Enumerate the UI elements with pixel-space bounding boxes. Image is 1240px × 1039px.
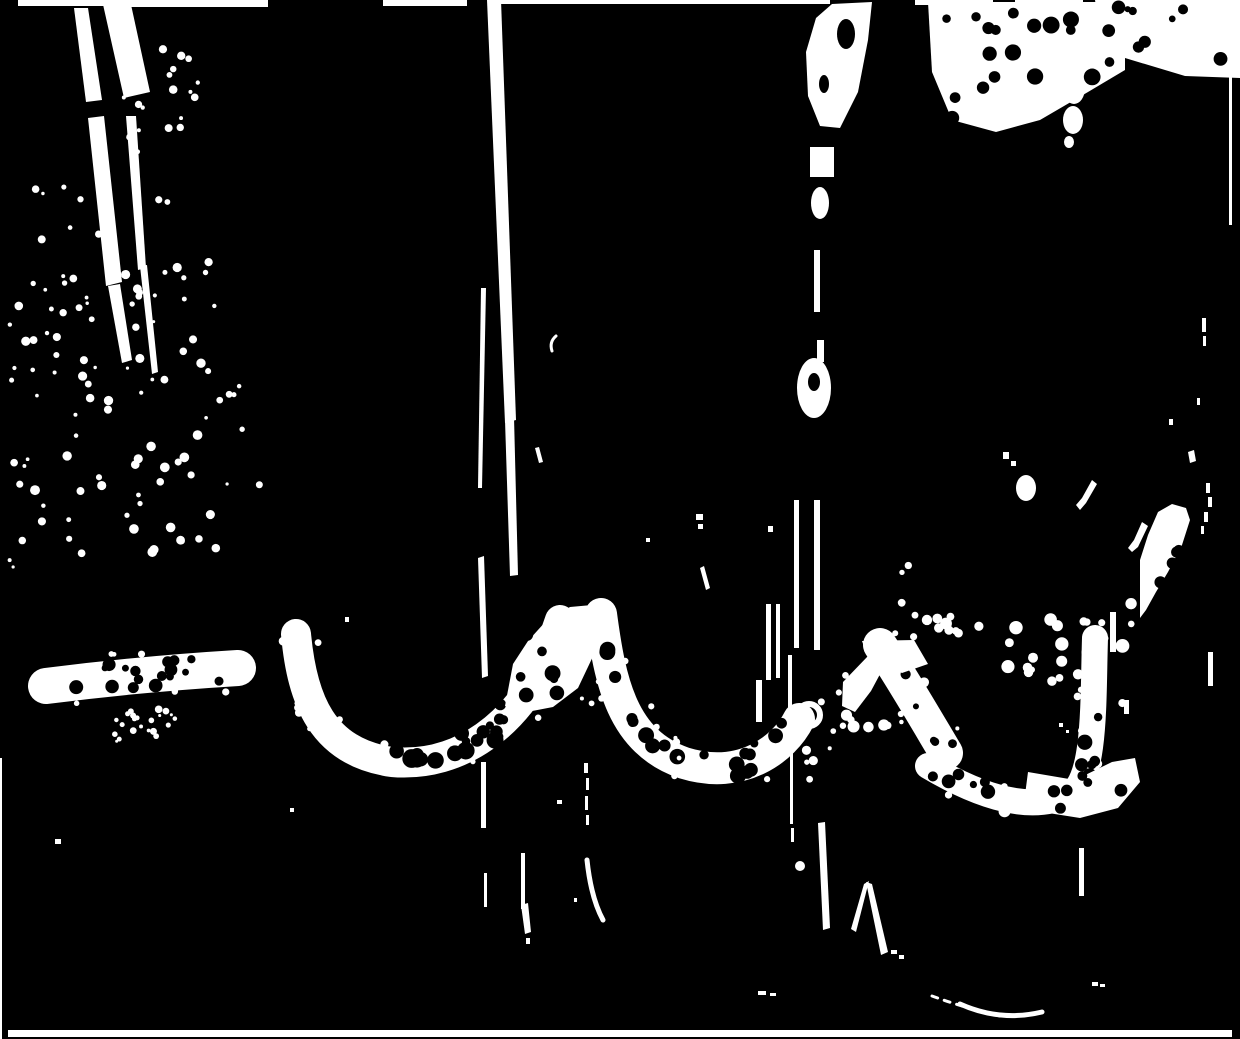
drip-line (788, 655, 792, 747)
reflection-tail-dot (1064, 136, 1074, 148)
bubble-dot (1059, 723, 1063, 727)
glass-highlight-block (810, 147, 834, 177)
right-edge-dot (1169, 419, 1173, 425)
top-edge-highlight (1015, 0, 1083, 5)
bubble-dot (1066, 730, 1069, 733)
stray-dot (290, 808, 294, 812)
glass-edge-line (766, 604, 771, 680)
glass-rim-dash (1204, 512, 1208, 522)
drip-dot (899, 955, 904, 959)
drip-dot (574, 898, 577, 902)
top-edge-highlight (18, 0, 114, 6)
right-edge-dash (1197, 398, 1200, 405)
drip-dot (557, 800, 562, 804)
bottom-dash (1092, 982, 1098, 986)
bubble-dot (345, 617, 349, 622)
glass-edge-line (814, 500, 820, 650)
reflection-tail-blob (1063, 72, 1085, 104)
drip-dash (586, 778, 589, 790)
bubble-speck (1011, 461, 1016, 466)
bottom-dash (758, 991, 766, 995)
bottom-dash (1100, 984, 1105, 987)
glass-rim-dash (1208, 497, 1212, 507)
binarized-photo-figure (0, 0, 1240, 1039)
photo-canvas (0, 0, 1240, 1039)
top-edge-highlight (128, 0, 268, 7)
glass-edge-dash (756, 680, 762, 722)
bubble-cluster-hole (808, 373, 820, 391)
mid-speck (696, 514, 703, 520)
reflection-tail-blob (1063, 106, 1083, 134)
right-edge-line (1229, 33, 1232, 225)
right-area-dash (1124, 700, 1129, 714)
stray-dot (55, 839, 61, 844)
stray-dot (366, 760, 370, 764)
glass-rim-dash (1206, 483, 1210, 493)
right-edge-dash (1208, 652, 1213, 686)
glass-rim-dash (1201, 526, 1204, 534)
drip-line (484, 873, 487, 907)
glass-edge-line (776, 604, 780, 678)
bottom-dash (770, 993, 776, 996)
right-area-dash (1110, 612, 1116, 652)
mid-speck (646, 538, 650, 542)
left-edge-highlight (0, 758, 2, 1039)
highlight-hole (819, 75, 829, 93)
drip-dot (891, 950, 897, 954)
drip-dot (795, 861, 805, 871)
drip-dot (526, 938, 530, 944)
drip-dash (585, 796, 588, 810)
glass-highlight-dash (817, 340, 824, 362)
mid-speck (768, 526, 773, 532)
background (0, 0, 1240, 1039)
right-edge-dash (1202, 318, 1206, 332)
top-edge-highlight (497, 0, 830, 4)
drip-dash (791, 828, 794, 842)
glass-highlight-blob (811, 187, 829, 219)
glass-highlight-line (814, 250, 820, 312)
drip-line (790, 752, 793, 824)
bubble-speck (1003, 452, 1009, 459)
highlight-hole (837, 19, 855, 49)
top-edge-highlight (383, 0, 467, 6)
bubble-blob (1016, 475, 1036, 501)
glass-edge-line (794, 500, 799, 648)
top-edge-highlight (915, 0, 993, 5)
drip-line (1079, 848, 1084, 896)
bottom-edge-highlight (8, 1030, 1232, 1037)
mid-speck (698, 524, 703, 529)
right-edge-dash (1203, 336, 1206, 346)
drip-dash (586, 815, 589, 825)
drip-line (481, 762, 486, 828)
drip-dash (584, 763, 588, 773)
drip-line (521, 853, 525, 909)
